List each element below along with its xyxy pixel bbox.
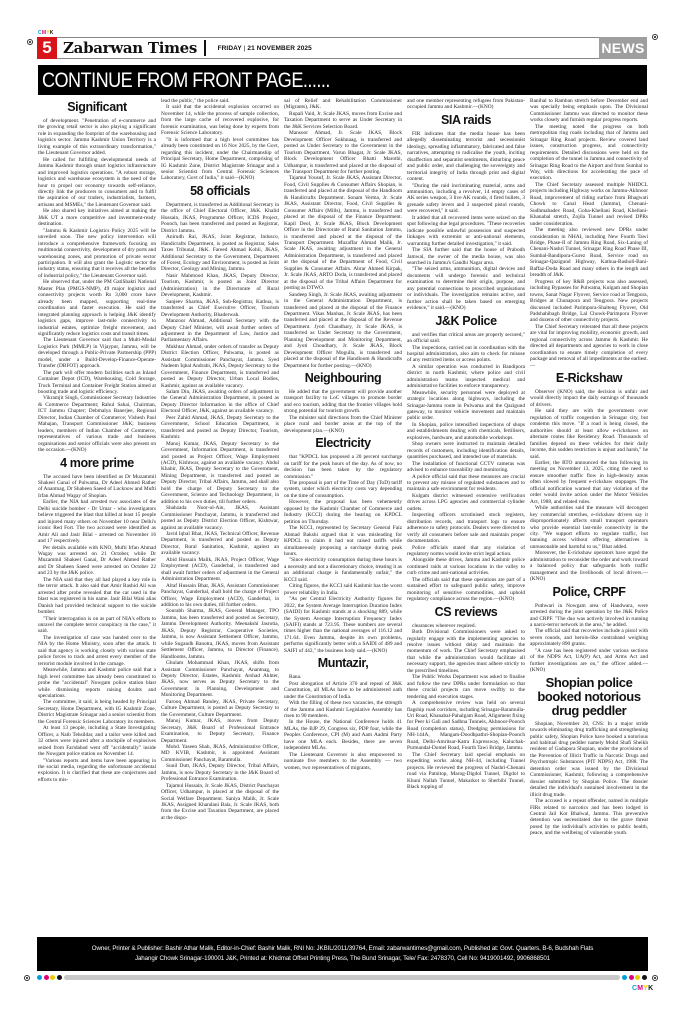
story-headline: SIA raids bbox=[407, 113, 525, 128]
story-paragraph: Per details available with KNO, Mufti Ir… bbox=[38, 545, 156, 577]
story-paragraph: Tajamul Yousuf, Jr. Scale JKAS, Assistan… bbox=[284, 175, 402, 291]
story-paragraph: A similar operation was conducted in Ban… bbox=[407, 364, 525, 390]
story-paragraph: It said that the accidental explosion oc… bbox=[161, 104, 279, 136]
yellow-swatch bbox=[635, 975, 640, 980]
banner-title: CONTINUE FROM FRONT PAGE...... bbox=[42, 65, 330, 96]
story-paragraph: Sanjeev Sharma, JKAS, Sub-Registrar, Kat… bbox=[161, 299, 279, 318]
story-headline: Police, CRPF bbox=[530, 585, 648, 600]
masthead: 5 Zabarwan Times FRIDAY | 21 NOVEMBER 20… bbox=[37, 37, 647, 59]
column-4: and one member representing refugees fro… bbox=[407, 98, 525, 934]
story-paragraph: Earlier, the RTO announced the ban follo… bbox=[530, 460, 648, 505]
story-paragraph: The officials said that these operations… bbox=[407, 577, 525, 603]
paper-name: Zabarwan Times bbox=[63, 39, 197, 57]
story-paragraph: The Lieutenant Governor is also empowere… bbox=[284, 752, 402, 771]
story-paragraph: Department, is transferred as Additional… bbox=[161, 202, 279, 234]
story-headline: J&K Police bbox=[407, 314, 525, 329]
story-paragraph: Manzoor Ahmad, Additional Secretary with… bbox=[161, 318, 279, 344]
story-paragraph: Mukhtar Ahmad, under orders of transfer … bbox=[161, 344, 279, 389]
magenta-swatch bbox=[44, 975, 49, 980]
column-5: Banihal to Ramban stretch before Decembe… bbox=[530, 98, 648, 934]
article-columns: Significantof development. "Penetration … bbox=[38, 98, 648, 934]
story-paragraph: The Chief Secretary assessed multiple NH… bbox=[530, 182, 648, 227]
story-paragraph: Post abrogation of Article 370 and repea… bbox=[284, 681, 402, 700]
story-paragraph: of development. "Penetration of e-commer… bbox=[38, 118, 156, 157]
story-paragraph: The Chief Secretary laid special emphasi… bbox=[407, 752, 525, 791]
story: 58 officialsDepartment, is transferred a… bbox=[161, 184, 279, 822]
magenta-swatch bbox=[629, 975, 634, 980]
story: and one member representing refugees fro… bbox=[407, 98, 525, 111]
story-paragraph: He also shared key initiatives aimed at … bbox=[38, 208, 156, 227]
section-tag: NEWS bbox=[599, 37, 647, 59]
color-swatches-right bbox=[622, 974, 648, 980]
registration-mark-top-right bbox=[652, 34, 658, 40]
cyan-swatch bbox=[622, 975, 627, 980]
story-paragraph: Sandeep Singh, Jr. Scale JKAS, awaiting … bbox=[284, 292, 402, 369]
story-paragraph: Altaf Hussain Bhat, JKAS, Assistant Comm… bbox=[161, 583, 279, 609]
story-paragraph: The accused is a repeat offender, named … bbox=[530, 798, 648, 837]
column-3: sal of Relief and Rehabilitation Commiss… bbox=[284, 98, 402, 934]
story-paragraph: It added that all recovered items were s… bbox=[407, 215, 525, 247]
story-paragraph: He added that the government will provid… bbox=[284, 389, 402, 415]
story-paragraph: and verifies that critical areas are pro… bbox=[407, 332, 525, 345]
story-paragraph: However, the proposal has been vehementl… bbox=[284, 499, 402, 525]
story-paragraph: The Lieutenant Governor said that a Mult… bbox=[38, 337, 156, 369]
story-paragraph: Banihal to Ramban stretch before Decembe… bbox=[530, 98, 648, 124]
story-paragraph: Shahzada Noor-ul-Ain, JKAS, Assistant Co… bbox=[161, 505, 279, 531]
story: E-RickshawObserver (KNO) said, the decis… bbox=[530, 371, 648, 583]
story-headline: CS reviews bbox=[407, 605, 525, 620]
story-paragraph: The official said that recoveries includ… bbox=[530, 628, 648, 647]
story-paragraph: A police official said that these measur… bbox=[407, 474, 525, 493]
story-paragraph: Mansoor Ahmad, Jr. Scale JKAS, Block Dev… bbox=[284, 130, 402, 175]
story-paragraph: Moreover, the E-rickshaw operators have … bbox=[530, 550, 648, 582]
story-paragraph: The investigation of case was handed ove… bbox=[38, 635, 156, 667]
story-paragraph: "A case has been registered under variou… bbox=[530, 648, 648, 674]
story-paragraph: Meanwhile, security personnel were deplo… bbox=[407, 390, 525, 422]
story-paragraph: Ghulam Mohammad Khan, JKAS, shifts from … bbox=[161, 660, 279, 699]
story-headline: 58 officials bbox=[161, 184, 279, 199]
story-headline: Muntazir, bbox=[284, 656, 402, 671]
column-2: lead the public," the police said.It sai… bbox=[161, 98, 279, 934]
story-paragraph: Shop owners were instructed to maintain … bbox=[407, 441, 525, 460]
masthead-divider bbox=[204, 40, 206, 56]
page-banner: CONTINUE FROM FRONT PAGE...... bbox=[38, 65, 647, 95]
story-paragraph: Citing figures, the KCCI said Kashmir ha… bbox=[284, 583, 402, 596]
story-paragraph: that "KPDCL has proposed a 20 percent su… bbox=[284, 454, 402, 480]
story-paragraph: Manoj Kumar, JKAS, moves from Deputy Sec… bbox=[161, 718, 279, 744]
story-headline: Significant bbox=[38, 100, 156, 115]
story-paragraph: The accused have been identified as Dr M… bbox=[38, 474, 156, 500]
issue-day: FRIDAY bbox=[218, 45, 242, 52]
registration-mark-bottom-right bbox=[652, 975, 658, 981]
story-paragraph: With the filling of these two vacancies,… bbox=[284, 700, 402, 719]
story-headline: E-Rickshaw bbox=[530, 371, 648, 386]
story-paragraph: The installation of functional CCTV came… bbox=[407, 461, 525, 474]
story-paragraph: The NIA said that they all had played a … bbox=[38, 577, 156, 616]
story-paragraph: Javid Iqbal Bhat, JKAS, Technical Office… bbox=[161, 531, 279, 557]
story-paragraph: Sourabh Sharma, JKAS, General Manager, T… bbox=[161, 608, 279, 660]
story-paragraph: The park will offer modern facilities su… bbox=[38, 370, 156, 396]
registration-mark-top-left bbox=[27, 39, 33, 45]
story: NeighbouringHe added that the government… bbox=[284, 371, 402, 434]
imprint-footer: Owner, Printer & Publisher: Bashir Athar… bbox=[37, 937, 648, 971]
story: Banihal to Ramban stretch before Decembe… bbox=[530, 98, 648, 369]
story-paragraph: While authorities said the measure will … bbox=[530, 505, 648, 550]
story: SIA raidsFIR indicates that the media ho… bbox=[407, 113, 525, 312]
story: sal of Relief and Rehabilitation Commiss… bbox=[284, 98, 402, 369]
story-paragraph: "During the raid incriminating material,… bbox=[407, 183, 525, 215]
story-paragraph: The meeting noted the progress on both m… bbox=[530, 124, 648, 182]
story: 4 more primeThe accused have been identi… bbox=[38, 456, 156, 784]
story-paragraph: The Chief Secretary reiterated that all … bbox=[530, 324, 648, 369]
story-paragraph: sal of Relief and Rehabilitation Commiss… bbox=[284, 98, 402, 111]
story-paragraph: He called for fulfilling developmental n… bbox=[38, 157, 156, 209]
cmyk-label-bottom: CMYK bbox=[632, 985, 653, 992]
story-paragraph: Mohd. Yaseen Shah, JKAS, Administrative … bbox=[161, 744, 279, 763]
story-paragraph: "Their interrogation is on as part of NI… bbox=[38, 616, 156, 635]
story-paragraph: The minister said directions from the Ch… bbox=[284, 415, 402, 434]
story-paragraph: "The seized arms, ammunition, digital de… bbox=[407, 266, 525, 311]
story-paragraph: In Shopian, police intensified inspectio… bbox=[407, 422, 525, 441]
story: Shopian police booked notorious drug ped… bbox=[530, 676, 648, 837]
story: CS reviewsclearances wherever required.B… bbox=[407, 605, 525, 791]
story-paragraph: Inspecting officers scrutinised stock re… bbox=[407, 512, 525, 544]
story-paragraph: Progress of key R&B projects was also as… bbox=[530, 279, 648, 324]
story-paragraph: Sunil Dutt, JKAS, Deputy Director, Triba… bbox=[161, 763, 279, 782]
story-paragraph: Vikramjit Singh, Commissioner Secretary … bbox=[38, 395, 156, 453]
story-headline: 4 more prime bbox=[38, 456, 156, 471]
story-headline: Electricity bbox=[284, 436, 402, 451]
story-paragraph: The committee, it said, is being headed … bbox=[38, 699, 156, 725]
story-paragraph: In the House, the National Conference ho… bbox=[284, 719, 402, 751]
story-paragraph: Farooq Ahmad Bandey, JKAS, Private Secre… bbox=[161, 699, 279, 718]
story-paragraph: and one member representing refugees fro… bbox=[407, 98, 525, 111]
page-number: 5 bbox=[37, 37, 57, 59]
story-paragraph: "It is informed that a high level commit… bbox=[161, 137, 279, 182]
imprint-line-2: Jahangir Chowk Srinagar-190001 J&K, Prin… bbox=[37, 954, 648, 964]
story-paragraph: He said they are with the government ove… bbox=[530, 408, 648, 460]
cmyk-label-top: CMYK bbox=[38, 30, 54, 36]
story-paragraph: Kulgam district witnessed extensive veri… bbox=[407, 493, 525, 512]
column-1: Significantof development. "Penetration … bbox=[38, 98, 156, 934]
black-swatch bbox=[642, 975, 647, 980]
story-paragraph: Police officials stated that any violati… bbox=[407, 545, 525, 558]
story-paragraph: The meeting also reviewed new DPRs under… bbox=[530, 227, 648, 279]
story-paragraph: "Since electricity consumption during th… bbox=[284, 557, 402, 583]
story-paragraph: Both Divisional Commissioners were asked… bbox=[407, 629, 525, 674]
yellow-swatch bbox=[50, 975, 55, 980]
story-paragraph: At least 13 people, including a State In… bbox=[38, 725, 156, 757]
story-paragraph: He observed that, under the PM GatiShakt… bbox=[38, 279, 156, 337]
story-paragraph: Salam Din, JKAS, awaiting orders of adju… bbox=[161, 389, 279, 415]
black-swatch bbox=[57, 975, 62, 980]
story: Police, CRPFPuthwari in Nowgam area of H… bbox=[530, 585, 648, 674]
imprint-line-1: Owner, Printer & Publisher: Bashir Athar… bbox=[37, 944, 648, 954]
story-paragraph: "As per Central Electricity Authority fi… bbox=[284, 596, 402, 654]
story: J&K Policeand verifies that critical are… bbox=[407, 314, 525, 603]
story-paragraph: Earlier, the NIA had arrested two associ… bbox=[38, 499, 156, 544]
story-paragraph: Shopian, November 20, CNS: In a major st… bbox=[530, 721, 648, 798]
color-swatches-left bbox=[37, 974, 63, 980]
story: Muntazir,Rana.Post abrogation of Article… bbox=[284, 656, 402, 771]
registration-mark-bottom-left bbox=[24, 975, 30, 981]
story-paragraph: Abid Hussain Malik, JKAS, Project Office… bbox=[161, 557, 279, 583]
story-paragraph: Observer (KNO) said, the decision is unf… bbox=[530, 389, 648, 408]
story-paragraph: Anirudh Rai, JKAS, Joint Registrar, Indu… bbox=[161, 234, 279, 273]
story: lead the public," the police said.It sai… bbox=[161, 98, 279, 182]
story-headline: Shopian police booked notorious drug ped… bbox=[530, 676, 648, 718]
story-paragraph: A comprehensive review was held on sever… bbox=[407, 700, 525, 752]
story-paragraph: The KCCI, represented by Secretary Gener… bbox=[284, 525, 402, 557]
gray-registration-strip bbox=[64, 975, 620, 980]
issue-date: FRIDAY | 21 NOVEMBER 2025 bbox=[218, 45, 312, 52]
story-paragraph: Manoj Kumar, JKAS, Deputy Secretary to t… bbox=[161, 441, 279, 506]
story-paragraph: Tajamul Hussain, Jr. Scale JKAS, Distric… bbox=[161, 783, 279, 822]
story-paragraph: FIR indicates that the media house has b… bbox=[407, 131, 525, 183]
story-paragraph: The SIA further said that the house of P… bbox=[407, 247, 525, 266]
story-paragraph: The Public Works Department was asked to… bbox=[407, 674, 525, 700]
cyan-swatch bbox=[37, 975, 42, 980]
issue-date-value: 21 NOVEMBER 2025 bbox=[247, 45, 311, 52]
story-paragraph: Nasir Mahmood Khan, JKAS, Deputy Directo… bbox=[161, 273, 279, 299]
story-paragraph: The proposal is part of the Time of Day … bbox=[284, 480, 402, 499]
story-headline: Neighbouring bbox=[284, 371, 402, 386]
story: Significantof development. "Penetration … bbox=[38, 100, 156, 454]
story-paragraph: "Jammu & Kashmir Logistics Policy 2025 w… bbox=[38, 228, 156, 280]
story-paragraph: Alongside these drives, Jammu and Kashmi… bbox=[407, 557, 525, 576]
story-paragraph: The inspections, carried out in coordina… bbox=[407, 345, 525, 364]
story-paragraph: Meanwhile, Jammu and Kashmir police said… bbox=[38, 667, 156, 699]
story: Electricitythat "KPDCL has proposed a 20… bbox=[284, 436, 402, 654]
story-paragraph: Rupali Vaid, Jr. Scale JKAS, moves from … bbox=[284, 111, 402, 130]
story-paragraph: Peer Zahid Ahmad, JKAS, Deputy Secretary… bbox=[161, 415, 279, 441]
story-paragraph: "Various reports and items have been app… bbox=[38, 758, 156, 784]
story-paragraph: Puthwari in Nowgam area of Handwara, wer… bbox=[530, 603, 648, 629]
